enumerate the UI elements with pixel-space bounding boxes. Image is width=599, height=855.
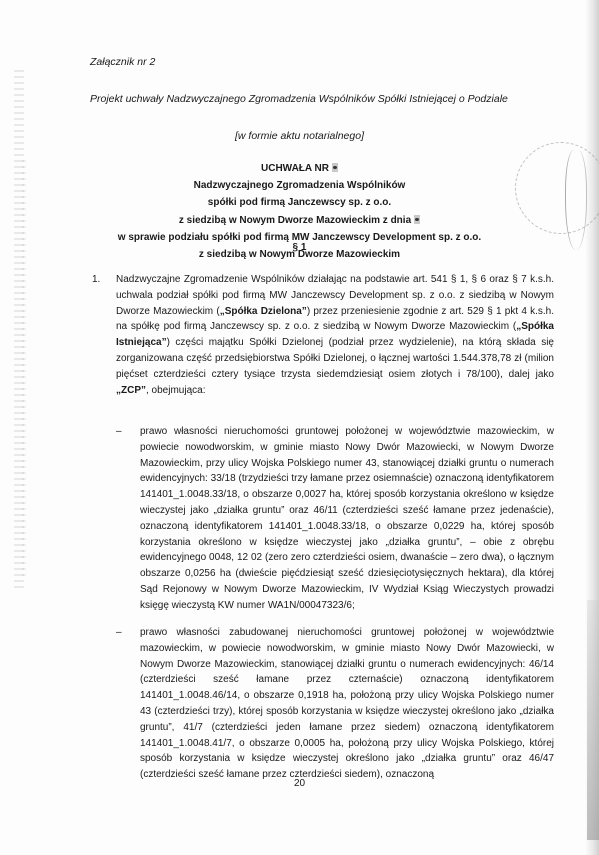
form-note: [w formie aktu notarialnego] <box>0 130 599 142</box>
text-run: ) części majątku Spółki Dzielonej (podzi… <box>116 337 554 380</box>
defined-term: „ZCP” <box>116 385 146 396</box>
annex-label: Załącznik nr 2 <box>90 56 155 68</box>
heading-line-4: z siedzibą w Nowym Dworze Mazowieckim z … <box>179 215 411 226</box>
heading-line-2: Nadzwyczajnego Zgromadzenia Wspólników <box>0 177 599 194</box>
heading-line-3: spółki pod firmą Janczewscy sp. z o.o. <box>0 194 599 211</box>
paragraph-number: 1. <box>92 272 100 288</box>
list-item-text: prawo własności zabudowanej nieruchomośc… <box>140 625 554 783</box>
placeholder-marker-icon <box>414 215 420 224</box>
bullet-dash-icon: – <box>116 625 122 641</box>
bullet-dash-icon: – <box>116 424 122 440</box>
numbered-paragraph: 1. Nadzwyczajne Zgromadzenie Wspólników … <box>92 272 554 398</box>
text-run: , obejmująca: <box>146 385 205 396</box>
paragraph-text: Nadzwyczajne Zgromadzenie Wspólników dzi… <box>116 272 554 398</box>
scan-edge-shadow <box>587 600 599 840</box>
document-page: Załącznik nr 2 Projekt uchwały Nadzwycza… <box>0 0 599 855</box>
list-item-text: prawo własności nieruchomości gruntowej … <box>140 424 554 614</box>
list-item: – prawo własności nieruchomości gruntowe… <box>116 424 554 614</box>
section-label: § 1 <box>0 242 599 253</box>
project-title: Projekt uchwały Nadzwyczajnego Zgromadze… <box>90 93 508 105</box>
page-number: 20 <box>0 778 599 789</box>
heading-line-1: UCHWAŁA NR <box>261 163 329 174</box>
list-item: – prawo własności zabudowanej nieruchomo… <box>116 625 554 783</box>
defined-term: „Spółka Dzielona” <box>220 306 307 317</box>
placeholder-marker-icon <box>332 163 338 172</box>
